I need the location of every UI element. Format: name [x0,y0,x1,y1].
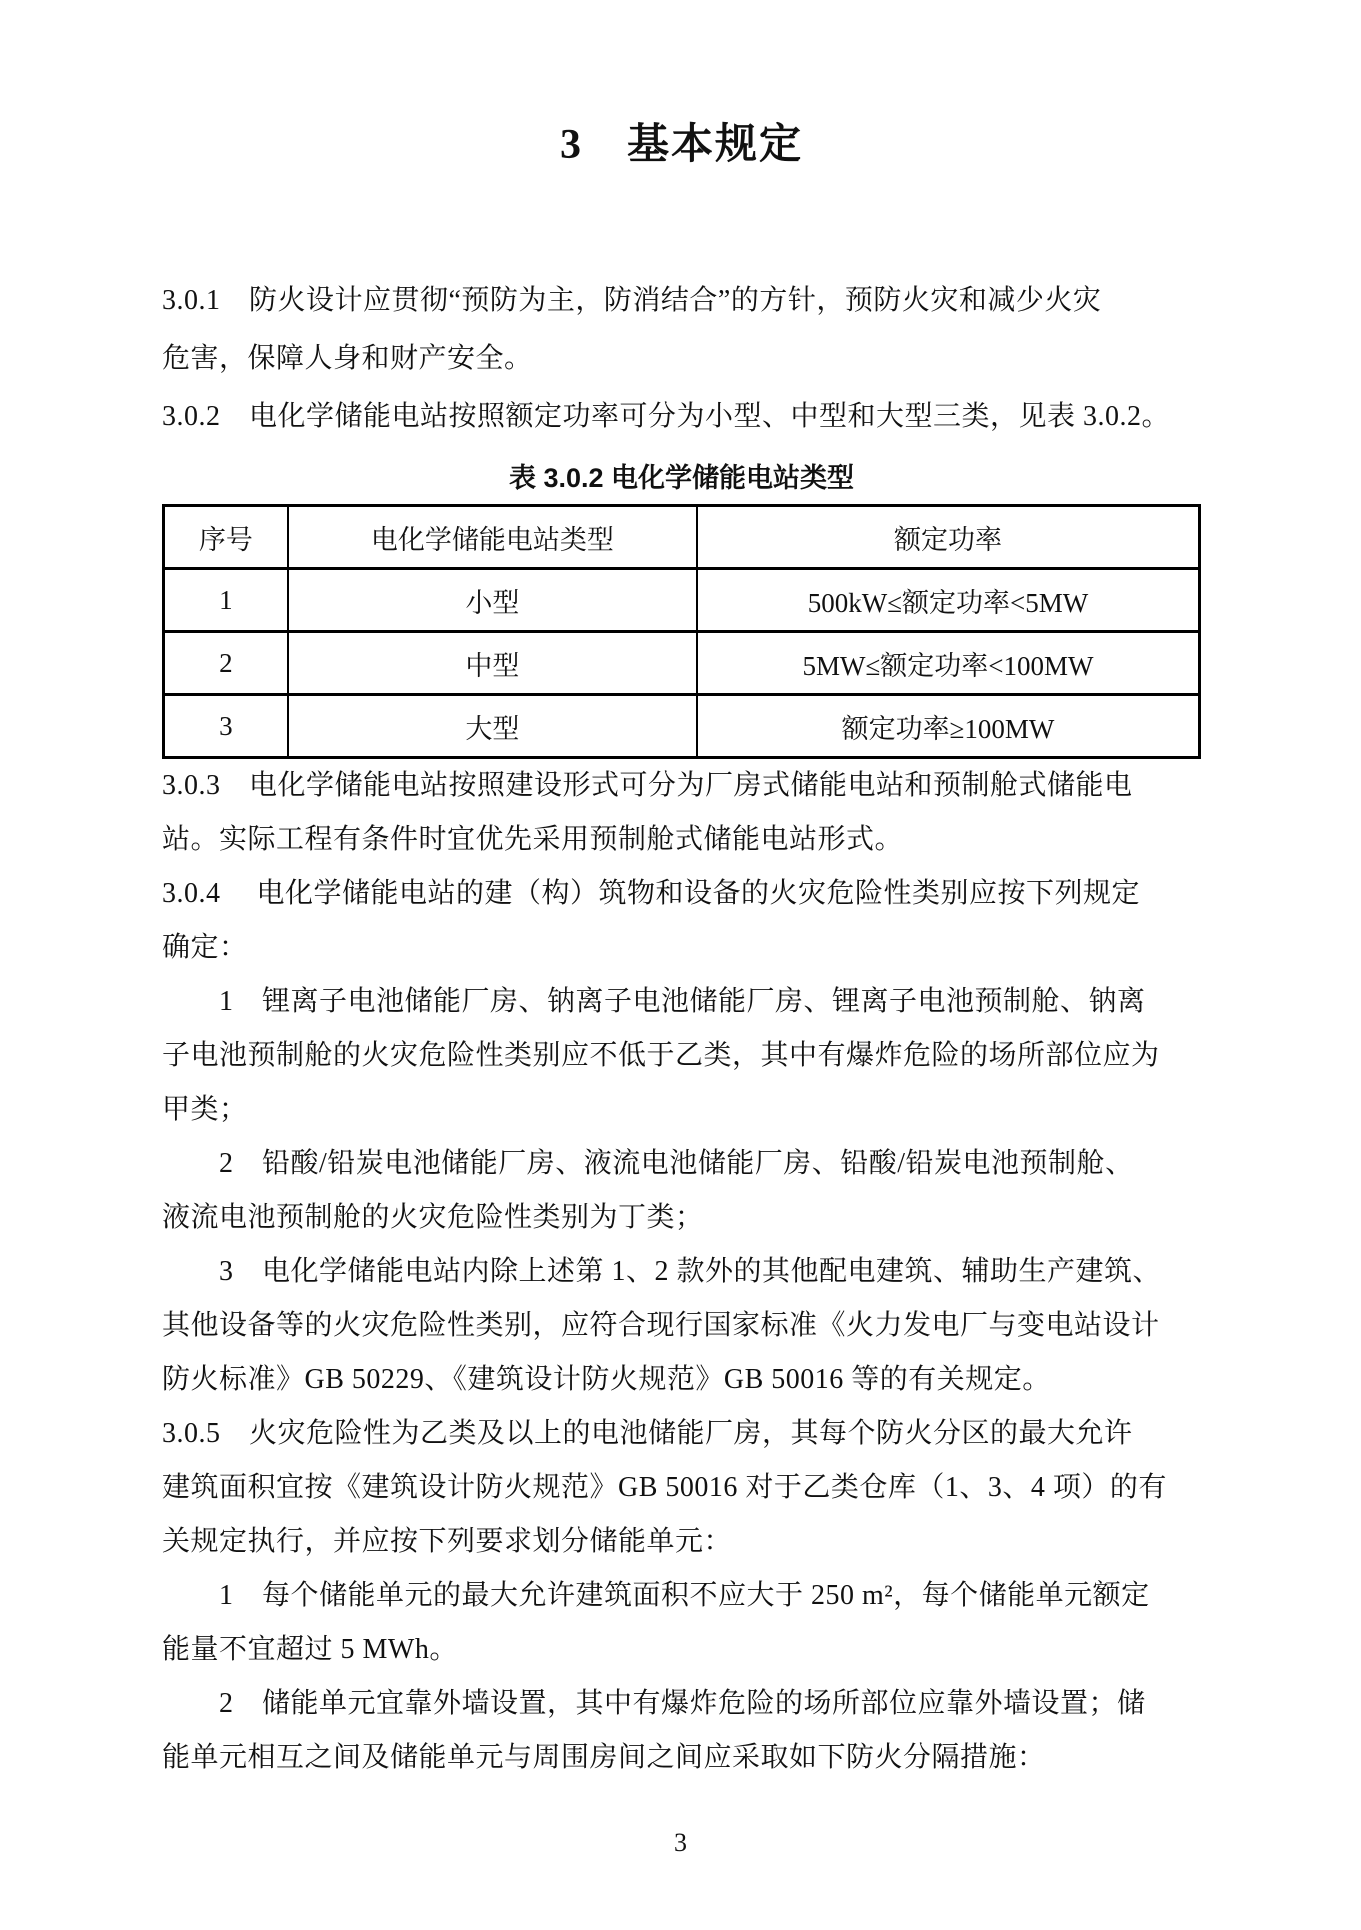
body-line: 危害，保障人身和财产安全。 [162,330,1201,388]
document-page: 3 基本规定 3.0.1 防火设计应贯彻“预防为主，防消结合”的方针，预防火灾和… [0,0,1361,1930]
section-title: 3 基本规定 [162,118,1201,172]
body-line: 3.0.1 防火设计应贯彻“预防为主，防消结合”的方针，预防火灾和减少火灾 [162,272,1201,330]
body-line: 确定： [162,921,1201,975]
body-line: 防火标准》GB 50229、《建筑设计防火规范》GB 50016 等的有关规定。 [162,1353,1201,1407]
body-line: 3.0.4 电化学储能电站的建（构）筑物和设备的火灾危险性类别应按下列规定 [162,867,1201,921]
table-cell: 3 [164,695,288,758]
body-line: 3.0.3 电化学储能电站按照建设形式可分为厂房式储能电站和预制舱式储能电 [162,759,1201,813]
station-types-table: 序号 电化学储能电站类型 额定功率 1 小型 500kW≤额定功率<5MW 2 … [162,504,1201,759]
body-line: 2 储能单元宜靠外墙设置，其中有爆炸危险的场所部位应靠外墙设置；储 [162,1677,1201,1731]
table-caption: 表 3.0.2 电化学储能电站类型 [162,452,1201,504]
body-line: 3.0.2 电化学储能电站按照额定功率可分为小型、中型和大型三类，见表 3.0.… [162,388,1201,446]
body-line: 1 锂离子电池储能厂房、钠离子电池储能厂房、锂离子电池预制舱、钠离 [162,975,1201,1029]
table-cell: 2 [164,632,288,695]
body-line: 能单元相互之间及储能单元与周围房间之间应采取如下防火分隔措施： [162,1731,1201,1785]
table-row: 1 小型 500kW≤额定功率<5MW [164,569,1200,632]
table-cell: 5MW≤额定功率<100MW [697,632,1199,695]
table-row: 3 大型 额定功率≥100MW [164,695,1200,758]
body-line: 其他设备等的火灾危险性类别，应符合现行国家标准《火力发电厂与变电站设计 [162,1299,1201,1353]
body-line: 液流电池预制舱的火灾危险性类别为丁类； [162,1191,1201,1245]
body-line: 2 铅酸/铅炭电池储能厂房、液流电池储能厂房、铅酸/铅炭电池预制舱、 [162,1137,1201,1191]
content-area: 3 基本规定 3.0.1 防火设计应贯彻“预防为主，防消结合”的方针，预防火灾和… [0,0,1361,1785]
body-line: 站。实际工程有条件时宜优先采用预制舱式储能电站形式。 [162,813,1201,867]
table-header-row: 序号 电化学储能电站类型 额定功率 [164,506,1200,569]
body-line: 能量不宜超过 5 MWh。 [162,1623,1201,1677]
table-cell: 小型 [288,569,697,632]
table-cell: 大型 [288,695,697,758]
table-cell: 中型 [288,632,697,695]
table-header-cell: 电化学储能电站类型 [288,506,697,569]
body-line: 3.0.5 火灾危险性为乙类及以上的电池储能厂房，其每个防火分区的最大允许 [162,1407,1201,1461]
body-line: 3 电化学储能电站内除上述第 1、2 款外的其他配电建筑、辅助生产建筑、 [162,1245,1201,1299]
body-line: 子电池预制舱的火灾危险性类别应不低于乙类，其中有爆炸危险的场所部位应为 [162,1029,1201,1083]
table-header-cell: 序号 [164,506,288,569]
table-row: 2 中型 5MW≤额定功率<100MW [164,632,1200,695]
clauses-after-table: 3.0.3 电化学储能电站按照建设形式可分为厂房式储能电站和预制舱式储能电 站。… [162,759,1201,1785]
body-line: 甲类； [162,1083,1201,1137]
body-line: 建筑面积宜按《建筑设计防火规范》GB 50016 对于乙类仓库（1、3、4 项）… [162,1461,1201,1515]
table-cell: 1 [164,569,288,632]
table-header-cell: 额定功率 [697,506,1199,569]
page-number: 3 [0,1828,1361,1858]
table-cell: 额定功率≥100MW [697,695,1199,758]
body-line: 关规定执行，并应按下列要求划分储能单元： [162,1515,1201,1569]
clauses-before-table: 3.0.1 防火设计应贯彻“预防为主，防消结合”的方针，预防火灾和减少火灾 危害… [162,272,1201,446]
table-cell: 500kW≤额定功率<5MW [697,569,1199,632]
body-line: 1 每个储能单元的最大允许建筑面积不应大于 250 m²，每个储能单元额定 [162,1569,1201,1623]
